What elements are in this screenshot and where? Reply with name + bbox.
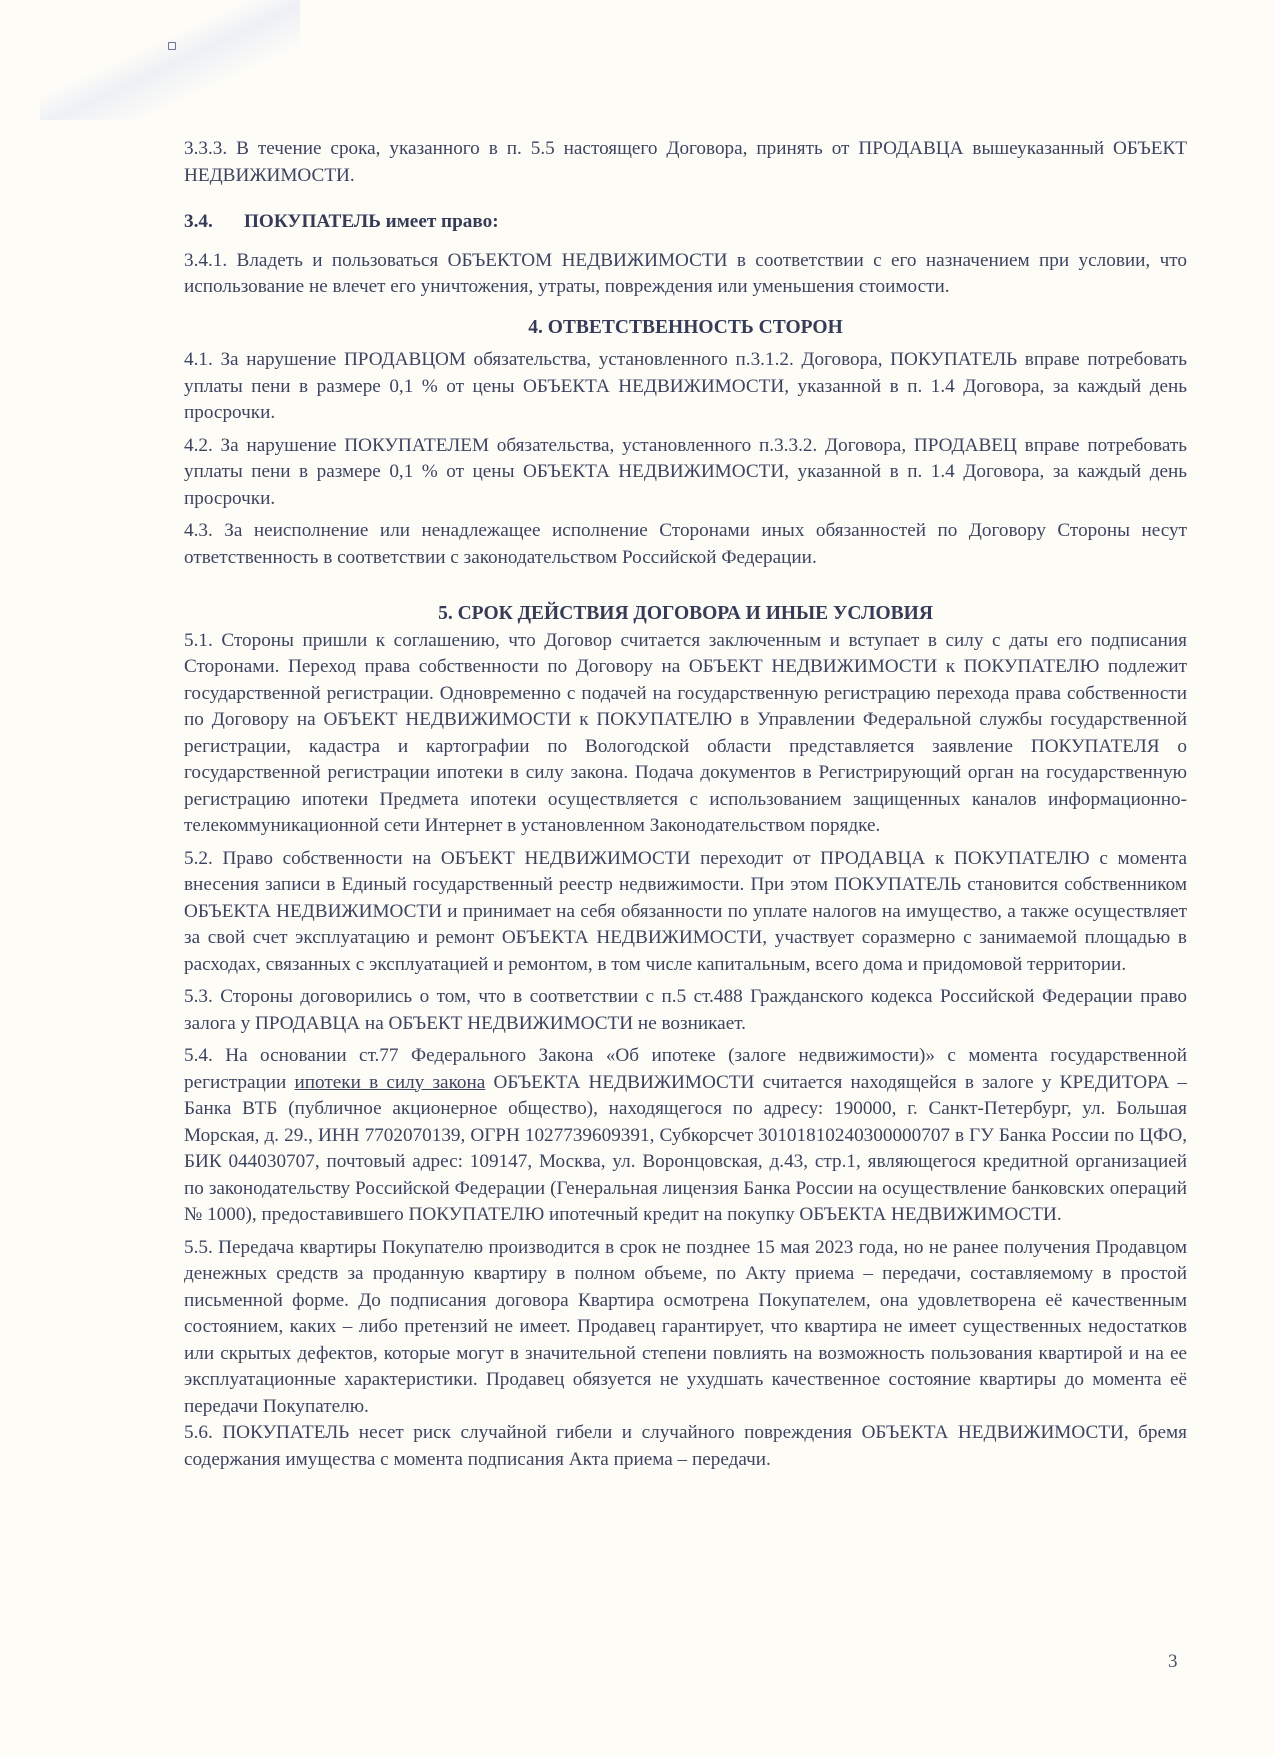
section-4-title: 4. ОТВЕТСТВЕННОСТЬ СТОРОН <box>184 315 1187 342</box>
clause-4-2: 4.2. За нарушение ПОКУПАТЕЛЕМ обязательс… <box>184 433 1187 513</box>
clause-3-4-1: 3.4.1. Владеть и пользоваться ОБЪЕКТОМ Н… <box>184 248 1187 301</box>
clause-3-4-heading: 3.4.ПОКУПАТЕЛЬ имеет право: <box>184 209 1187 236</box>
clause-5-4-text-end: ОБЪЕКТА НЕДВИЖИМОСТИ считается находящей… <box>184 1072 1187 1226</box>
clause-3-4-title: ПОКУПАТЕЛЬ имеет право: <box>244 211 499 232</box>
clause-4-1: 4.1. За нарушение ПРОДАВЦОМ обязательств… <box>184 347 1187 427</box>
clause-3-4-number: 3.4. <box>184 209 244 236</box>
clause-5-5: 5.5. Передача квартиры Покупателю произв… <box>184 1235 1187 1421</box>
clause-5-4: 5.4. На основании ст.77 Федерального Зак… <box>184 1043 1187 1229</box>
clause-5-4-underlined-term: ипотеки в силу закона <box>295 1072 486 1093</box>
document-page: 3.3.3. В течение срока, указанного в п. … <box>184 136 1187 1473</box>
scan-mark <box>168 42 176 50</box>
clause-3-3-3: 3.3.3. В течение срока, указанного в п. … <box>184 136 1187 189</box>
section-5-title: 5. СРОК ДЕЙСТВИЯ ДОГОВОРА И ИНЫЕ УСЛОВИЯ <box>184 601 1187 628</box>
clause-5-6: 5.6. ПОКУПАТЕЛЬ несет риск случайной гиб… <box>184 1420 1187 1473</box>
scan-artifact <box>40 0 300 120</box>
clause-4-3: 4.3. За неисполнение или ненадлежащее ис… <box>184 518 1187 571</box>
clause-5-2: 5.2. Право собственности на ОБЪЕКТ НЕДВИ… <box>184 846 1187 979</box>
clause-5-3: 5.3. Стороны договорились о том, что в с… <box>184 984 1187 1037</box>
clause-5-1: 5.1. Стороны пришли к соглашению, что До… <box>184 628 1187 840</box>
page-number: 3 <box>1168 1651 1178 1673</box>
